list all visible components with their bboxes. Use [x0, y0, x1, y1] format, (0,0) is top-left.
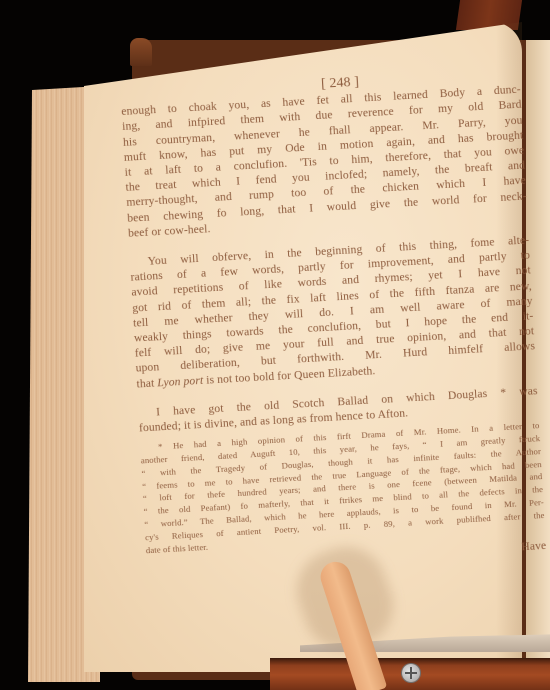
- italic-text: Lyon port: [157, 373, 204, 389]
- paragraph-2: You will obferve, in the beginning of th…: [129, 232, 536, 391]
- cover-headcap: [130, 38, 152, 66]
- page-text: [ 248 ] enough to choak you, as have fet…: [120, 66, 547, 576]
- photo-scene: [ 248 ] enough to choak you, as have fet…: [0, 0, 550, 690]
- footnote: * He had a high opinion of this firft Dr…: [140, 419, 546, 556]
- paragraph-1: enough to choak you, as have fet all thi…: [121, 82, 528, 241]
- screw-icon: [402, 664, 420, 682]
